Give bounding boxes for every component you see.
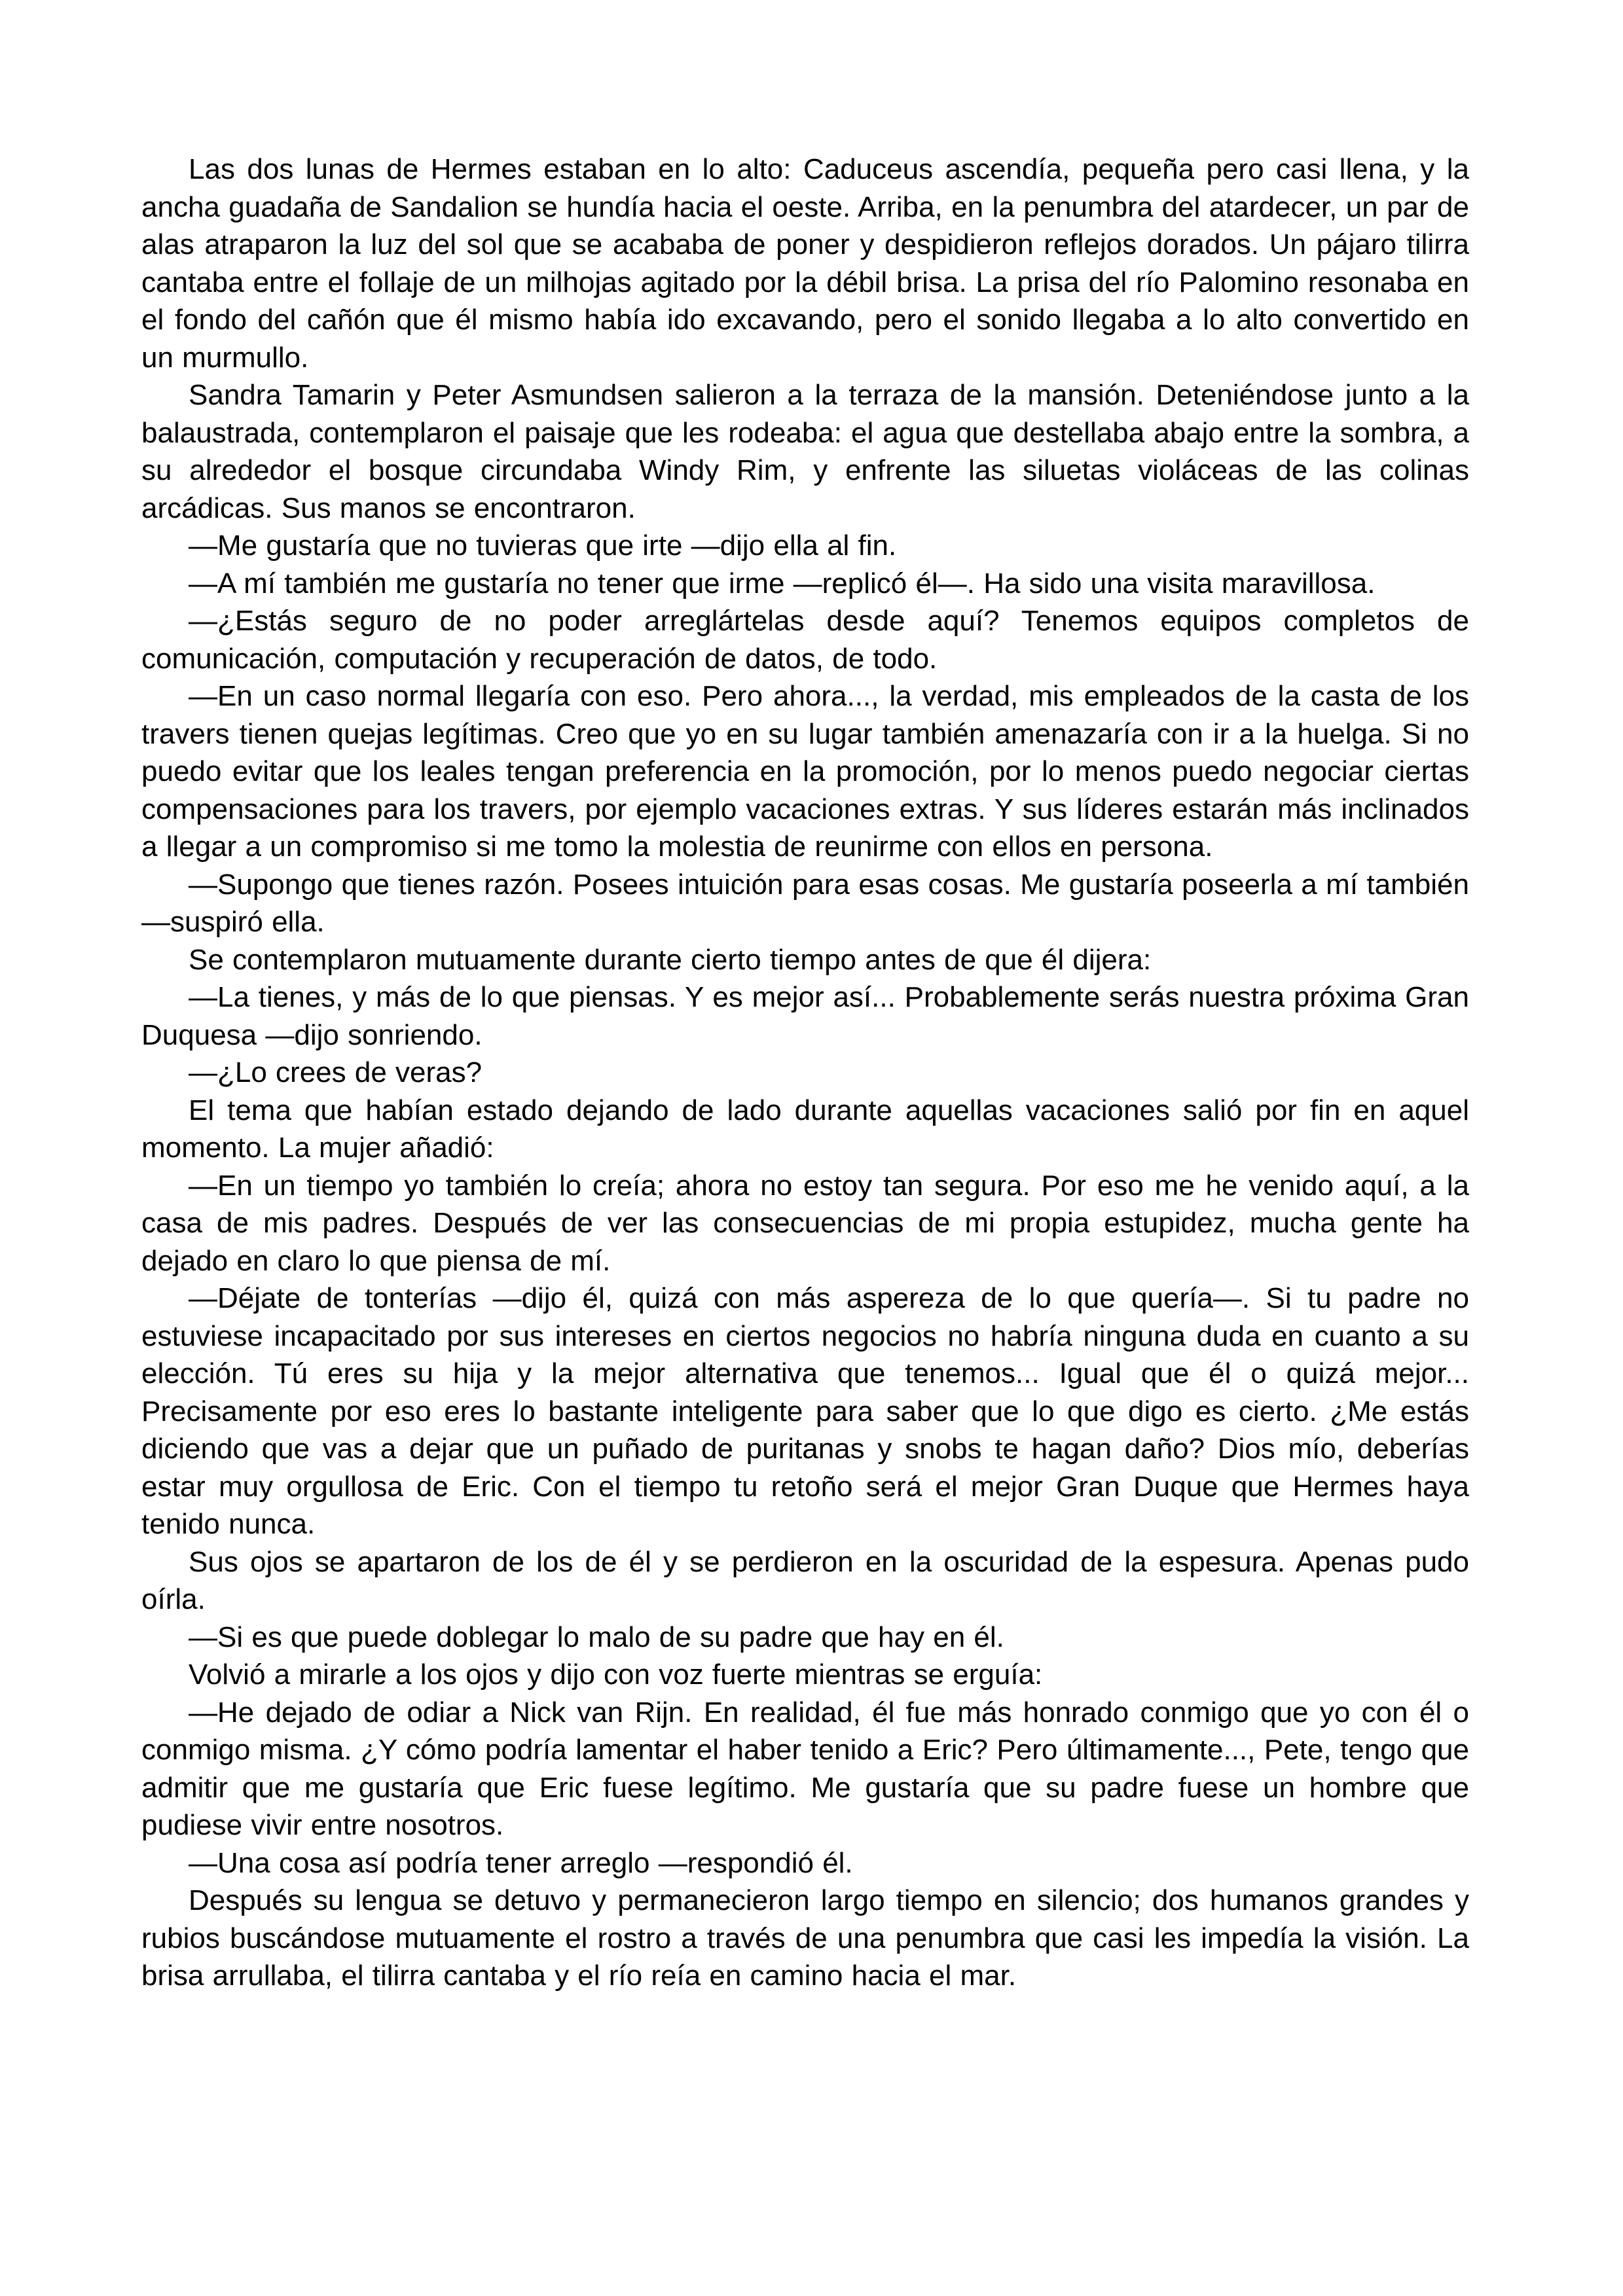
- body-text: Las dos lunas de Hermes estaban en lo al…: [141, 151, 1469, 1995]
- paragraph: —Supongo que tienes razón. Posees intuic…: [141, 866, 1469, 941]
- document-page: Las dos lunas de Hermes estaban en lo al…: [0, 0, 1623, 2296]
- paragraph: —¿Lo crees de veras?: [141, 1054, 1469, 1092]
- paragraph: Sandra Tamarin y Peter Asmundsen saliero…: [141, 376, 1469, 527]
- paragraph: —He dejado de odiar a Nick van Rijn. En …: [141, 1694, 1469, 1844]
- paragraph: —La tienes, y más de lo que piensas. Y e…: [141, 978, 1469, 1054]
- paragraph: —Una cosa así podría tener arreglo —resp…: [141, 1844, 1469, 1882]
- paragraph: —Me gustaría que no tuvieras que irte —d…: [141, 527, 1469, 565]
- paragraph: —En un tiempo yo también lo creía; ahora…: [141, 1167, 1469, 1280]
- paragraph: —Déjate de tonterías —dijo él, quizá con…: [141, 1280, 1469, 1543]
- paragraph: —¿Estás seguro de no poder arreglártelas…: [141, 602, 1469, 677]
- paragraph: Después su lengua se detuvo y permanecie…: [141, 1882, 1469, 1995]
- paragraph: Las dos lunas de Hermes estaban en lo al…: [141, 151, 1469, 376]
- paragraph: Se contemplaron mutuamente durante ciert…: [141, 941, 1469, 979]
- paragraph: El tema que habían estado dejando de lad…: [141, 1092, 1469, 1167]
- paragraph: —En un caso normal llegaría con eso. Per…: [141, 677, 1469, 866]
- paragraph: Sus ojos se apartaron de los de él y se …: [141, 1543, 1469, 1619]
- paragraph: Volvió a mirarle a los ojos y dijo con v…: [141, 1656, 1469, 1694]
- paragraph: —A mí también me gustaría no tener que i…: [141, 565, 1469, 603]
- paragraph: —Si es que puede doblegar lo malo de su …: [141, 1619, 1469, 1657]
